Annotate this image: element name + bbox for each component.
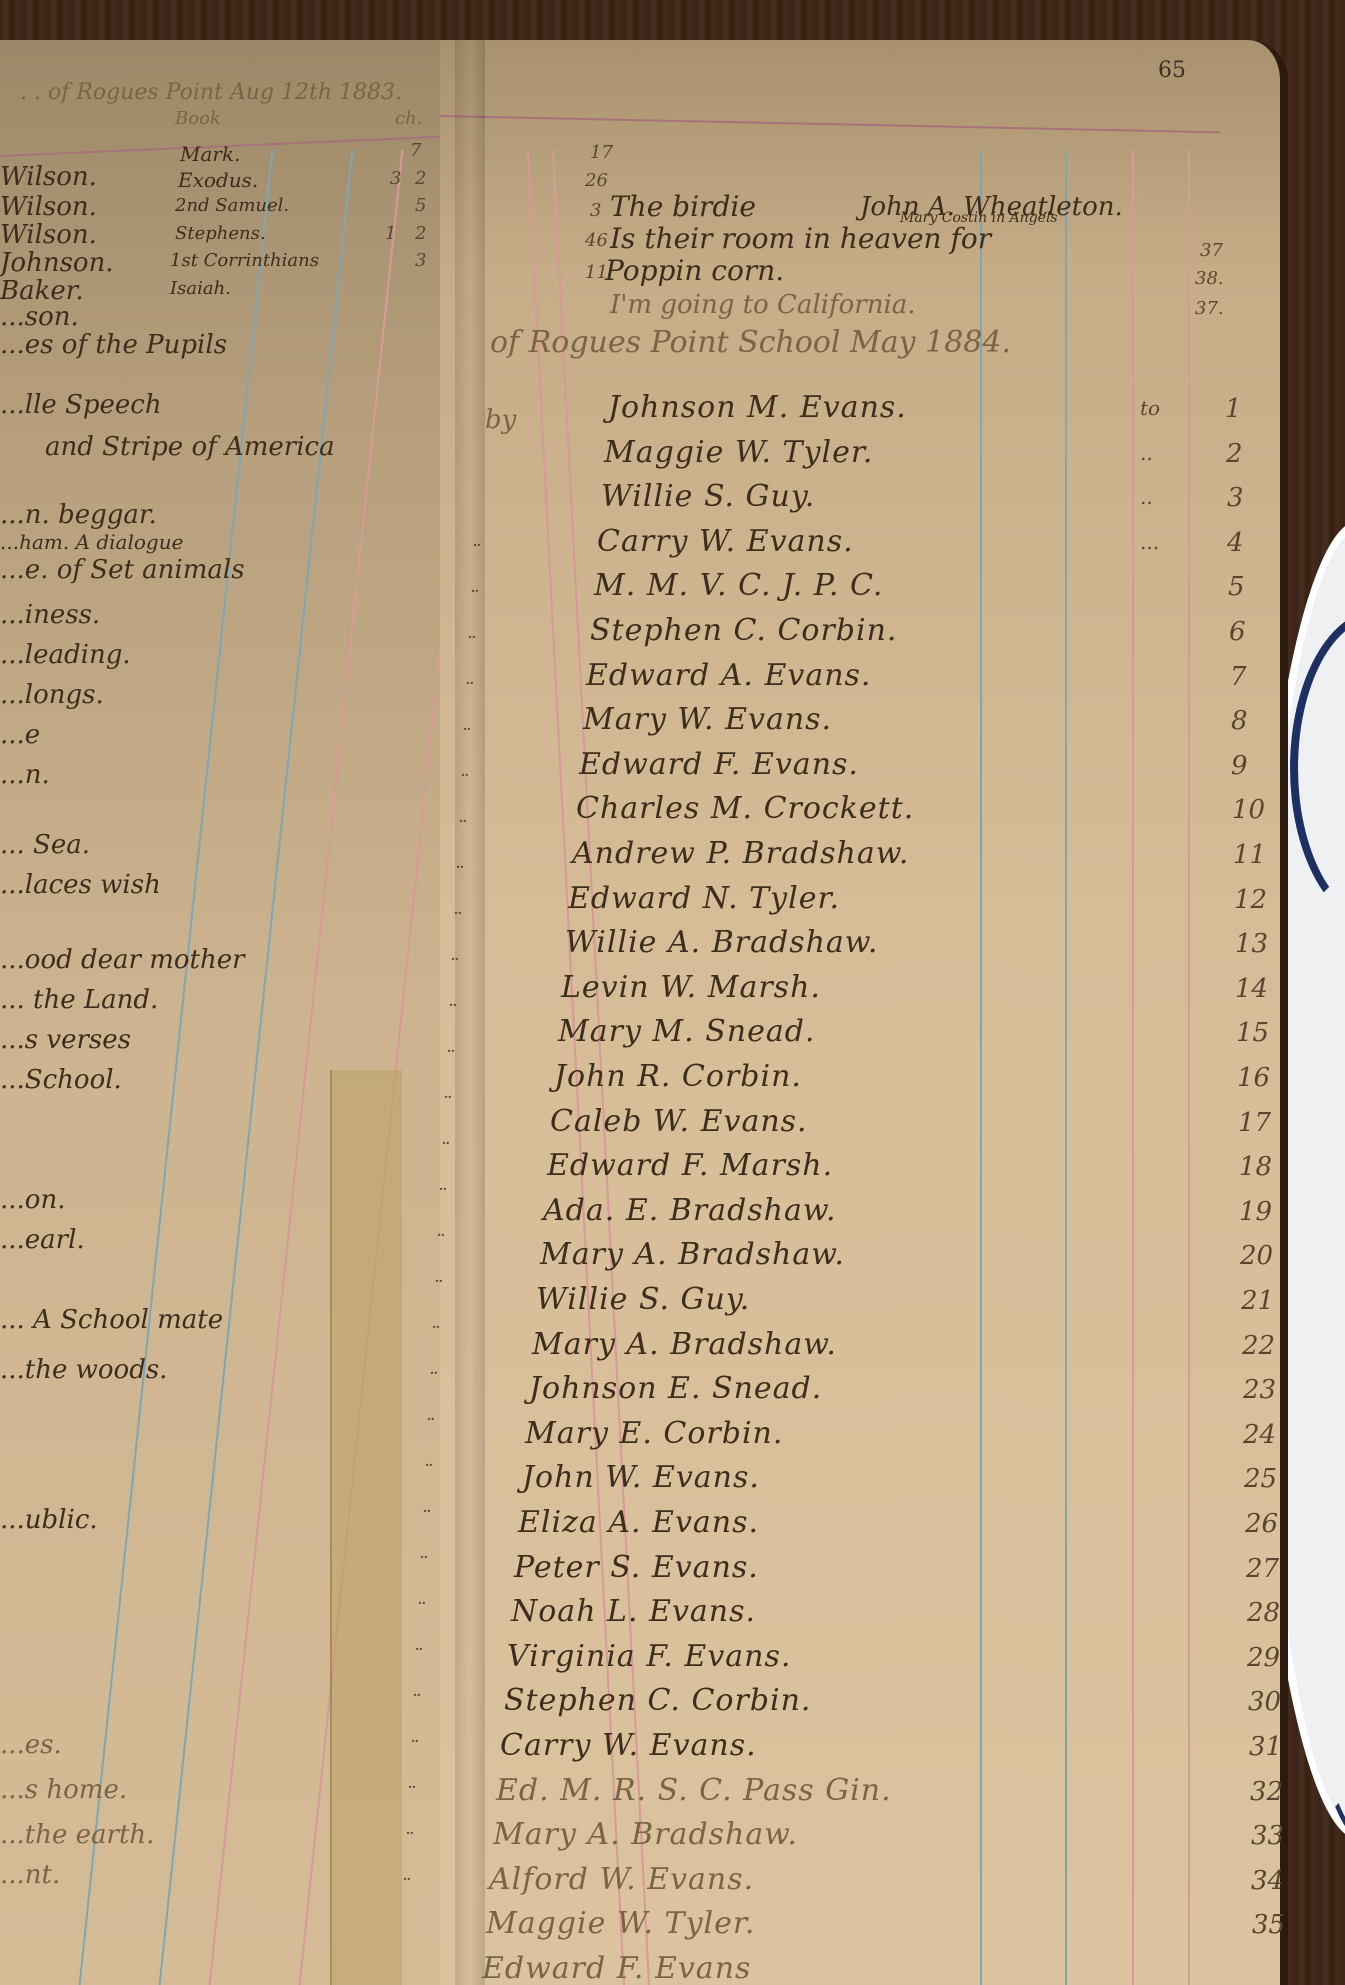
ditto-mark: ¨ xyxy=(415,1598,425,1622)
entry-verse: 2 xyxy=(415,168,426,189)
song-title: I'm going to California. xyxy=(610,290,916,320)
pupil-name: Maggie W. Tyler. xyxy=(486,1906,755,1941)
pupil-name: Edward N. Tyler. xyxy=(568,881,840,916)
ditto-mark: ¨ xyxy=(417,1552,427,1576)
ditto-mark: ¨ xyxy=(403,1828,413,1852)
song-title: Poppin corn. xyxy=(605,254,784,287)
repair-tape xyxy=(330,1070,402,1985)
entry-chapter: 1 xyxy=(385,223,396,244)
recitation-fragment: ...earl. xyxy=(0,1225,85,1255)
pupil-name: Levin W. Marsh. xyxy=(561,970,821,1005)
ditto-mark: ¨ xyxy=(432,1276,442,1300)
pupil-number: 20 xyxy=(1240,1241,1273,1271)
pupil-name: Caleb W. Evans. xyxy=(550,1104,808,1139)
ruling-line-red xyxy=(1188,150,1190,1985)
song-annotation: Mary Costin in Angels xyxy=(900,210,1058,226)
pupil-number: 32 xyxy=(1250,1777,1283,1807)
recitation-fragment: ...lle Speech xyxy=(0,390,162,420)
recitation-fragment: ...iness. xyxy=(0,600,100,630)
header-rule xyxy=(440,115,1220,133)
entry-verse: 3 xyxy=(415,250,426,271)
pupil-number: 24 xyxy=(1243,1420,1276,1450)
pupil-name: Stephen C. Corbin. xyxy=(590,613,897,648)
entry-name: Johnson. xyxy=(0,248,114,278)
pupil-name: Ada. E. Bradshaw. xyxy=(543,1193,837,1228)
pupil-number: 13 xyxy=(1235,929,1268,959)
entry-name: Wilson. xyxy=(0,192,97,222)
attendance-mark: .. xyxy=(1140,441,1153,465)
pupil-number: 15 xyxy=(1236,1018,1269,1048)
recitation-fragment: ...s home. xyxy=(0,1775,127,1805)
pupil-name: Mary A. Bradshaw. xyxy=(493,1817,798,1852)
ruling-line-blue xyxy=(1065,150,1067,1985)
entry-name: ...son. xyxy=(0,302,79,332)
pupil-name: Edward A. Evans. xyxy=(586,658,871,693)
pupil-name: Ed. M. R. S. C. Pass Gin. xyxy=(496,1773,892,1808)
ditto-mark: ¨ xyxy=(412,1644,422,1668)
pupil-name: Alford W. Evans. xyxy=(489,1862,754,1897)
song-title: Is their room in heaven for xyxy=(610,222,991,255)
attendance-mark: .. xyxy=(1140,485,1153,509)
pupil-number: 16 xyxy=(1237,1063,1270,1093)
pupil-number: 33 xyxy=(1251,1821,1284,1851)
ditto-mark: ¨ xyxy=(439,1138,449,1162)
ditto-mark: ¨ xyxy=(436,1184,446,1208)
ditto-mark: ¨ xyxy=(424,1414,434,1438)
pupil-number: 26 xyxy=(1245,1509,1278,1539)
ruling-line-blue xyxy=(980,150,982,1985)
recitation-fragment: ... the Land. xyxy=(0,985,158,1015)
song-number: 3 xyxy=(590,200,601,221)
pupil-number: 7 xyxy=(1230,662,1247,692)
entry-verse: 5 xyxy=(415,195,426,216)
recitation-fragment: ...ham. A dialogue xyxy=(0,530,183,554)
by-label: by xyxy=(485,405,516,435)
ditto-mark: ¨ xyxy=(456,816,466,840)
recitation-fragment: ...longs. xyxy=(0,680,104,710)
ditto-mark: ¨ xyxy=(400,1874,410,1898)
pupil-name: Mary W. Evans. xyxy=(583,702,832,737)
page-number: 65 xyxy=(1158,58,1186,83)
pupil-number: 21 xyxy=(1241,1286,1274,1316)
recitation-fragment: ...e. of Set animals xyxy=(0,555,245,585)
recitation-fragment: ...e xyxy=(0,720,40,750)
left-header: . . of Rogues Point Aug 12th 1883. xyxy=(20,80,402,105)
entry-book: Isaiah. xyxy=(170,278,231,299)
song-title: The birdie xyxy=(610,190,756,223)
recitation-fragment: ...the woods. xyxy=(0,1355,167,1385)
recitation-fragment: ...laces wish xyxy=(0,870,161,900)
pupil-name: Mary A. Bradshaw. xyxy=(532,1327,837,1362)
ditto-mark: ¨ xyxy=(434,1230,444,1254)
ditto-mark: ¨ xyxy=(463,678,473,702)
section-header: of Rogues Point School May 1884. xyxy=(490,325,1011,360)
pupil-name: John R. Corbin. xyxy=(554,1059,802,1094)
recitation-fragment: and Stripe of America xyxy=(45,432,335,462)
recitation-fragment: ...School. xyxy=(0,1065,122,1095)
pupil-number: 27 xyxy=(1246,1554,1279,1584)
pupil-number: 12 xyxy=(1234,885,1267,915)
entry-book: 1st Corrinthians xyxy=(170,250,319,271)
ditto-mark: ¨ xyxy=(453,862,463,886)
pupil-name: Mary A. Bradshaw. xyxy=(540,1237,845,1272)
pupil-number: 25 xyxy=(1244,1464,1277,1494)
pupil-name: Willie S. Guy. xyxy=(536,1282,750,1317)
pupil-name: Eliza A. Evans. xyxy=(518,1505,759,1540)
ditto-mark: ¨ xyxy=(405,1782,415,1806)
pupil-number: 17 xyxy=(1238,1108,1271,1138)
pupil-number: 9 xyxy=(1231,751,1248,781)
ditto-mark: ¨ xyxy=(470,540,480,564)
pupil-number: 2 xyxy=(1226,439,1243,469)
plate-blue-pattern xyxy=(1290,610,1345,926)
song-number: 46 xyxy=(585,230,608,251)
entry-book: Mark. xyxy=(180,142,240,166)
pupil-number: 10 xyxy=(1232,795,1265,825)
pupil-number: 18 xyxy=(1239,1152,1272,1182)
recitation-fragment: ...nt. xyxy=(0,1860,60,1890)
entry-verse: 7 xyxy=(410,140,421,161)
ditto-mark: ¨ xyxy=(422,1460,432,1484)
pupil-name: Maggie W. Tyler. xyxy=(604,435,873,470)
entry-verse: 2 xyxy=(415,223,426,244)
recitation-fragment: ...es of the Pupils xyxy=(0,330,227,360)
attendance-mark: ... xyxy=(1140,530,1159,554)
pupil-name: Virginia F. Evans. xyxy=(507,1639,791,1674)
recitation-fragment: ...ublic. xyxy=(0,1505,98,1535)
pupil-name: Mary M. Snead. xyxy=(558,1014,815,1049)
pupil-name: Carry W. Evans. xyxy=(597,524,854,559)
entry-book: Stephens. xyxy=(175,223,266,244)
ditto-mark: ¨ xyxy=(465,632,475,656)
pupil-name: Carry W. Evans. xyxy=(500,1728,757,1763)
recitation-fragment: ...n. xyxy=(0,760,50,790)
recitation-fragment: ...s verses xyxy=(0,1025,131,1055)
pupil-name: Peter S. Evans. xyxy=(514,1550,759,1585)
pupil-number: 14 xyxy=(1235,974,1268,1004)
ditto-mark: ¨ xyxy=(446,1000,456,1024)
ditto-mark: ¨ xyxy=(458,770,468,794)
pupil-name: Johnson M. Evans. xyxy=(608,390,907,425)
ditto-mark: ¨ xyxy=(441,1092,451,1116)
recitation-fragment: ... Sea. xyxy=(0,830,90,860)
pupil-number: 34 xyxy=(1251,1866,1284,1896)
entry-chapter: 3 xyxy=(390,168,401,189)
song-right-number: 37 xyxy=(1200,240,1223,261)
plate-blue-pattern xyxy=(1300,1230,1345,1842)
column-label-chapter: ch. xyxy=(395,108,422,129)
entry-book: Exodus. xyxy=(178,168,258,192)
pupil-number: 1 xyxy=(1225,394,1242,424)
pupil-number: 31 xyxy=(1249,1732,1282,1762)
attendance-mark: to xyxy=(1140,396,1160,420)
pupil-number: 22 xyxy=(1242,1331,1275,1361)
entry-book: 2nd Samuel. xyxy=(175,195,289,216)
pupil-number: 8 xyxy=(1231,706,1248,736)
pupil-name: Willie A. Bradshaw. xyxy=(565,925,878,960)
pupil-name: Mary E. Corbin. xyxy=(525,1416,783,1451)
pupil-number: 4 xyxy=(1227,528,1244,558)
pupil-number: 28 xyxy=(1247,1598,1280,1628)
pupil-name: Johnson E. Snead. xyxy=(529,1371,822,1406)
ditto-mark: ¨ xyxy=(408,1736,418,1760)
pupil-number: 23 xyxy=(1243,1375,1276,1405)
ditto-mark: ¨ xyxy=(444,1046,454,1070)
song-number: 17 xyxy=(590,142,613,163)
recitation-fragment: ...ood dear mother xyxy=(0,945,245,975)
recitation-fragment: ...leading. xyxy=(0,640,131,670)
pupil-name: Edward F. Evans. xyxy=(579,747,859,782)
pupil-name: John W. Evans. xyxy=(522,1460,760,1495)
recitation-fragment: ...n. beggar. xyxy=(0,500,157,530)
pupil-number: 5 xyxy=(1228,572,1245,602)
ditto-mark: ¨ xyxy=(427,1368,437,1392)
pupil-number: 19 xyxy=(1239,1197,1272,1227)
pupil-number: 29 xyxy=(1247,1643,1280,1673)
recitation-fragment: ...the earth. xyxy=(0,1820,154,1850)
pupil-name: Willie S. Guy. xyxy=(601,479,815,514)
pupil-number: 30 xyxy=(1248,1687,1281,1717)
song-right-number: 37. xyxy=(1195,298,1224,319)
ditto-mark: ¨ xyxy=(410,1690,420,1714)
book-gutter xyxy=(455,40,485,1985)
song-number: 26 xyxy=(585,170,608,191)
pupil-number: 11 xyxy=(1233,840,1266,870)
pupil-number: 3 xyxy=(1227,483,1244,513)
pupil-name: Noah L. Evans. xyxy=(511,1594,756,1629)
ruling-line-red xyxy=(1132,150,1134,1985)
pupil-name: M. M. V. C. J. P. C. xyxy=(594,568,883,603)
pupil-name: Edward F. Evans xyxy=(482,1951,751,1985)
recitation-fragment: ... A School mate xyxy=(0,1305,223,1335)
recitation-fragment: ...es. xyxy=(0,1730,62,1760)
ditto-mark: ¨ xyxy=(420,1506,430,1530)
ruling-line-blue xyxy=(159,150,354,1985)
pupil-number: 6 xyxy=(1229,617,1246,647)
ditto-mark: ¨ xyxy=(468,586,478,610)
ditto-mark: ¨ xyxy=(460,724,470,748)
ditto-mark: ¨ xyxy=(451,908,461,932)
column-label-book: Book xyxy=(175,108,221,129)
entry-name: Wilson. xyxy=(0,162,97,192)
ditto-mark: ¨ xyxy=(429,1322,439,1346)
entry-name: Wilson. xyxy=(0,220,97,250)
recitation-fragment: ...on. xyxy=(0,1185,65,1215)
song-right-number: 38. xyxy=(1195,268,1224,289)
pupil-name: Edward F. Marsh. xyxy=(547,1148,833,1183)
pupil-name: Stephen C. Corbin. xyxy=(504,1683,811,1718)
pupil-name: Charles M. Crockett. xyxy=(576,791,914,826)
ditto-mark: ¨ xyxy=(448,954,458,978)
pupil-name: Andrew P. Bradshaw. xyxy=(572,836,909,871)
pupil-number: 35 xyxy=(1252,1910,1285,1940)
